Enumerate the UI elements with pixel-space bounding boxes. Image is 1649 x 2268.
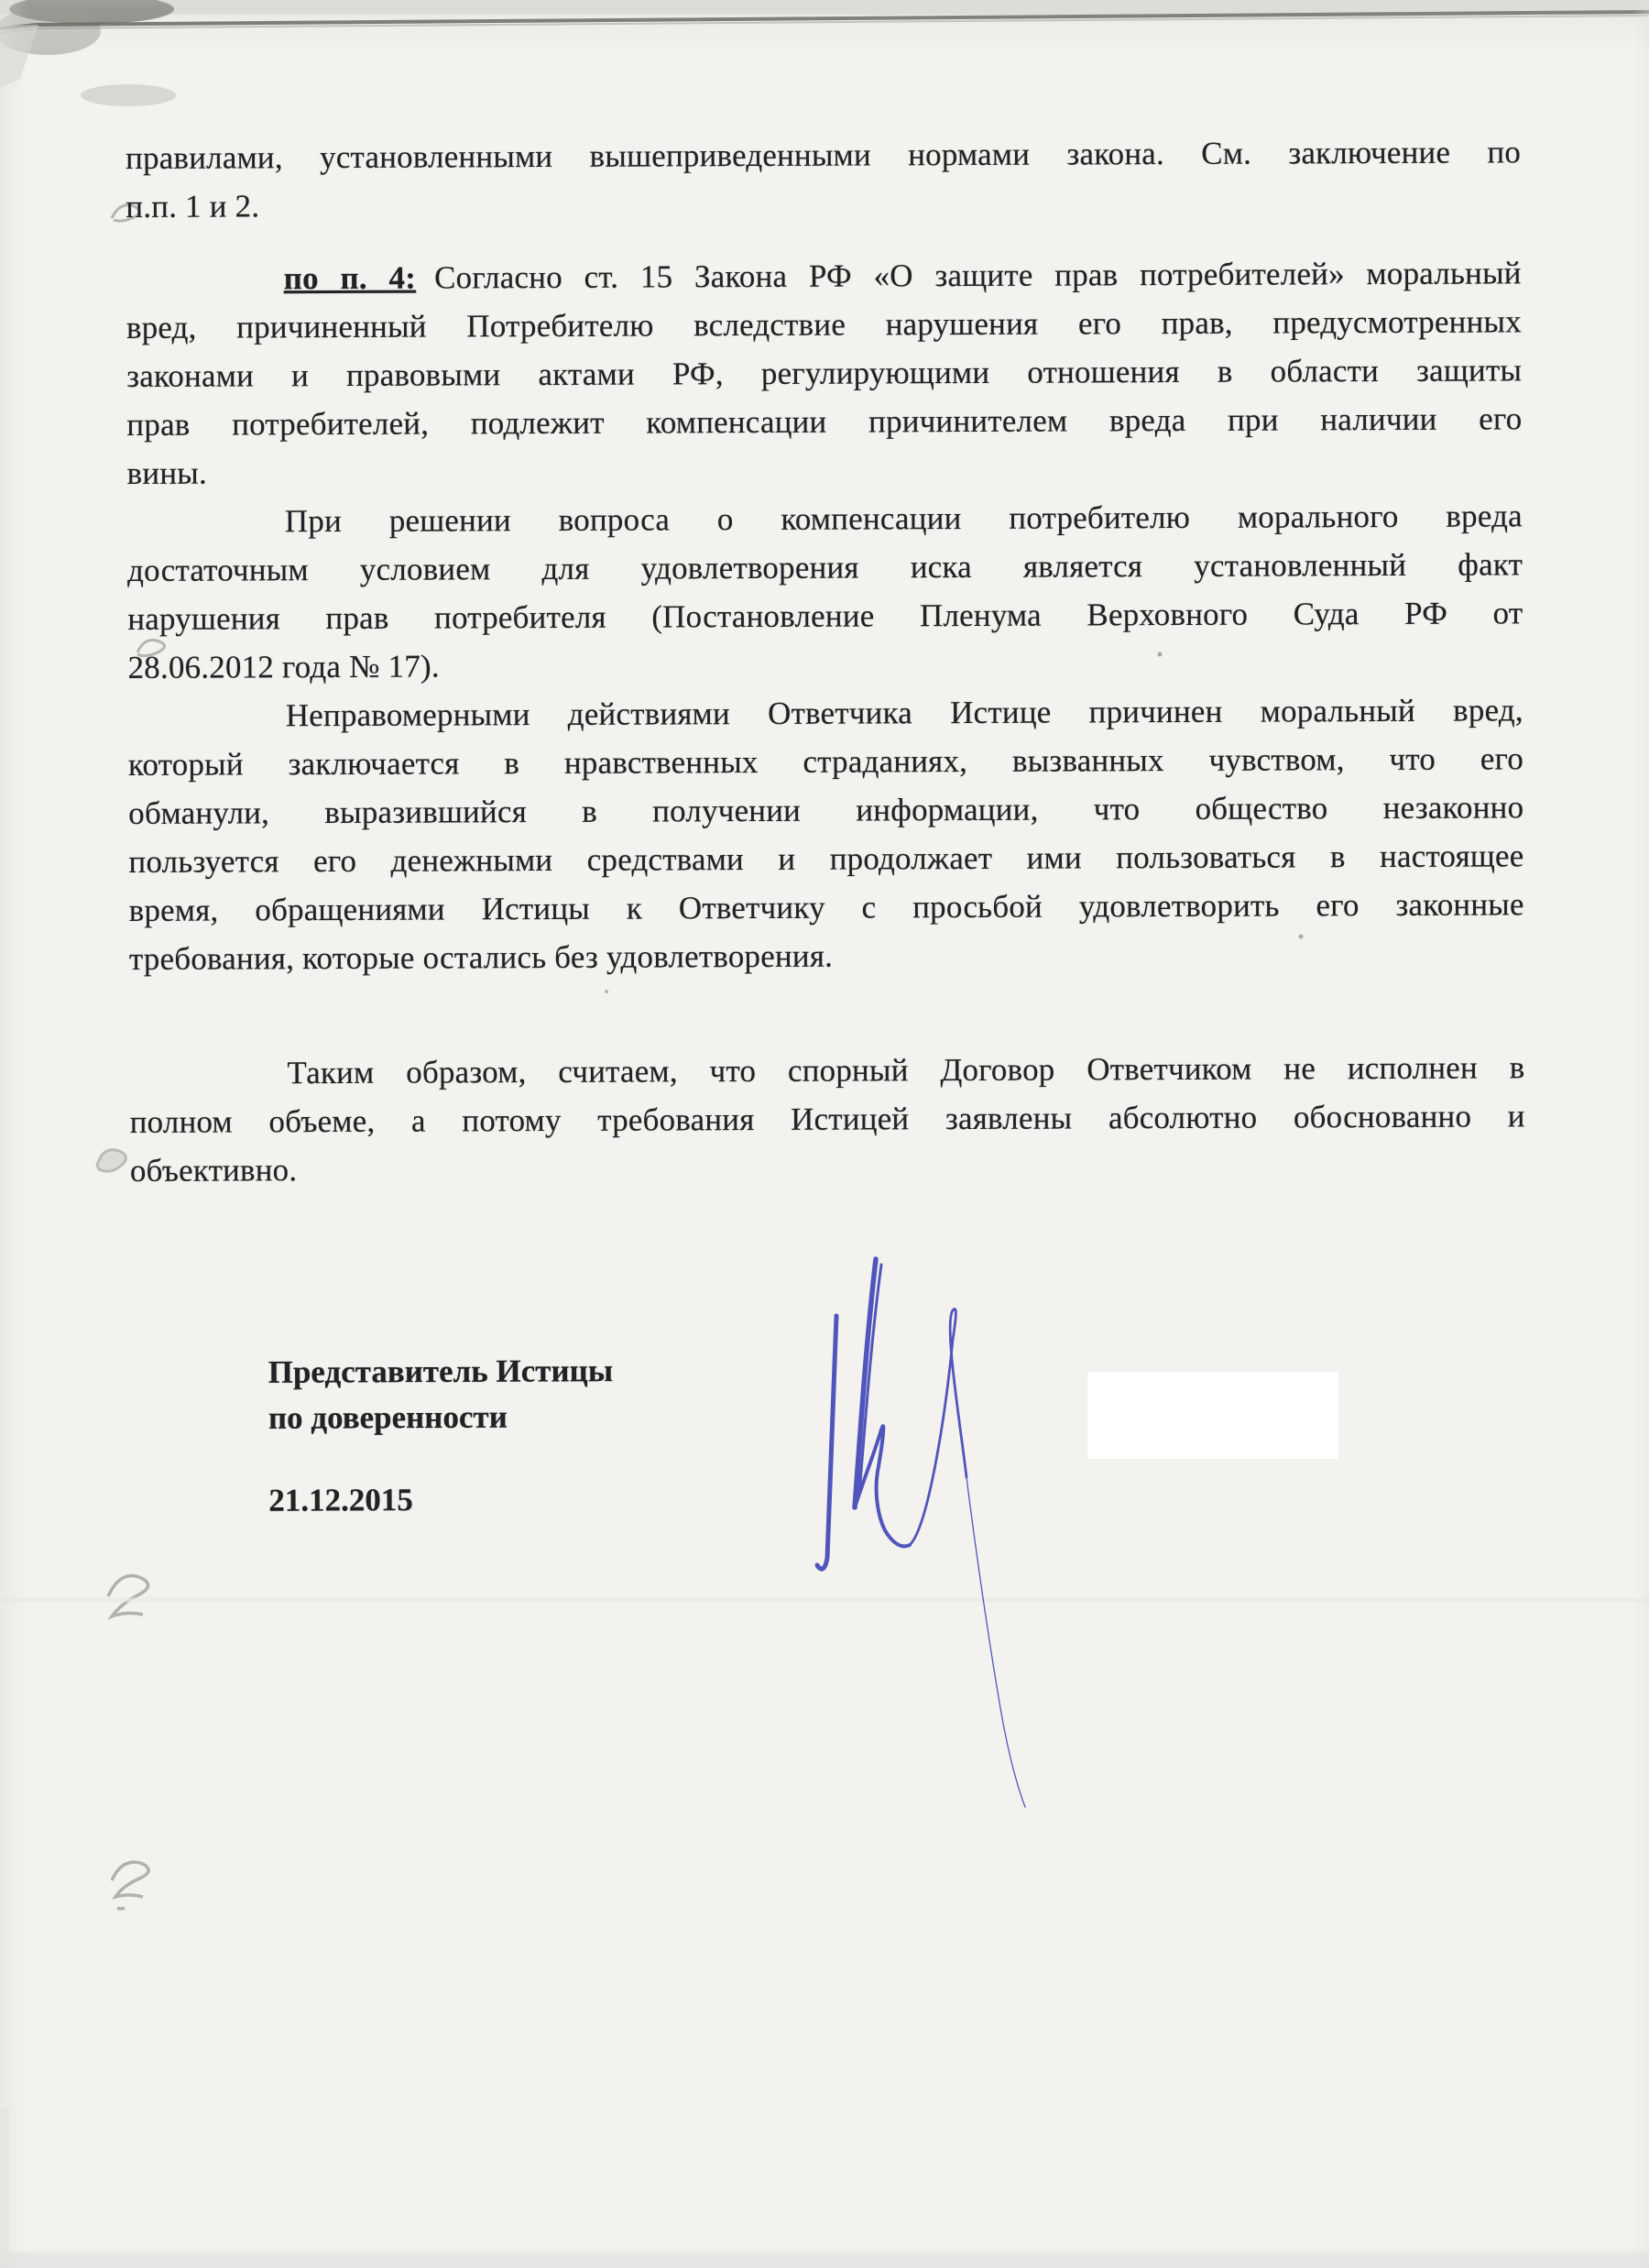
scanned-document-page: правилами, установленными вышеприведенны… <box>0 0 1649 2268</box>
handwritten-signature <box>0 0 1649 2268</box>
redaction-box <box>1087 1372 1338 1459</box>
